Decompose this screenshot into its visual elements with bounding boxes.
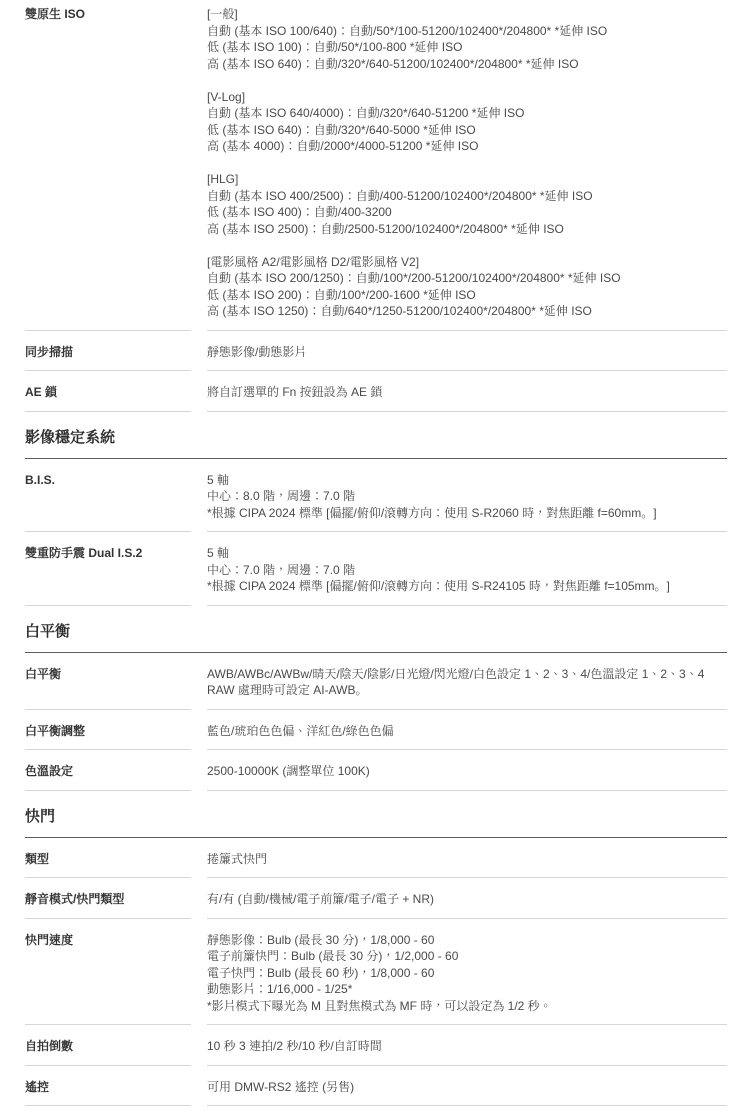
spec-page: 雙原生 ISO [一般] 自動 (基本 ISO 100/640)：自動/50*/… [0,0,750,1112]
row-synchro-scan: 同步掃描 靜態影像/動態影片 [25,331,727,372]
row-shutter-speed: 快門速度 靜態影像：Bulb (最長 30 分)，1/8,000 - 60 電子… [25,919,727,1026]
spec-value: 靜態影像/動態影片 [207,331,727,372]
spec-label: AE 鎖 [25,371,191,412]
row-silent-mode-shutter-type: 靜音模式/快門類型 有/有 (自動/機械/電子前簾/電子/電子 + NR) [25,878,727,919]
row-bis: B.I.S. 5 軸 中心：8.0 階，周邊：7.0 階 *根據 CIPA 20… [25,459,727,533]
spec-label: 雙重防手震 Dual I.S.2 [25,532,191,606]
spec-value: 靜態影像：Bulb (最長 30 分)，1/8,000 - 60 電子前簾快門：… [207,919,727,1026]
spec-section-shutter: 快門 類型 捲簾式快門 靜音模式/快門類型 有/有 (自動/機械/電子前簾/電子… [25,791,727,1107]
spec-label: 同步掃描 [25,331,191,372]
row-shutter-type: 類型 捲簾式快門 [25,838,727,879]
row-color-temperature: 色溫設定 2500-10000K (調整單位 100K) [25,750,727,791]
spec-value: 可用 DMW-RS2 遙控 (另售) [207,1066,727,1107]
row-ae-lock: AE 鎖 將自訂選單的 Fn 按鈕設為 AE 鎖 [25,371,727,412]
spec-value: 有/有 (自動/機械/電子前簾/電子/電子 + NR) [207,878,727,919]
section-heading-white-balance: 白平衡 [25,606,727,653]
spec-label: 白平衡 [25,653,191,710]
spec-value: 將自訂選單的 Fn 按鈕設為 AE 鎖 [207,371,727,412]
row-white-balance-adjust: 白平衡調整 藍色/琥珀色色偏、洋紅色/綠色色偏 [25,710,727,751]
spec-value: 5 軸 中心：7.0 階，周邊：7.0 階 *根據 CIPA 2024 標準 [… [207,532,727,606]
spec-label: 類型 [25,838,191,879]
spec-label: B.I.S. [25,459,191,533]
row-self-timer: 自拍倒數 10 秒 3 連拍/2 秒/10 秒/自訂時間 [25,1025,727,1066]
spec-value: 5 軸 中心：8.0 階，周邊：7.0 階 *根據 CIPA 2024 標準 [… [207,459,727,533]
spec-label: 快門速度 [25,919,191,1026]
row-white-balance: 白平衡 AWB/AWBc/AWBw/晴天/陰天/陰影/日光燈/閃光燈/白色設定 … [25,653,727,710]
spec-value: AWB/AWBc/AWBw/晴天/陰天/陰影/日光燈/閃光燈/白色設定 1、2、… [207,653,727,710]
section-heading-image-stabilization: 影像穩定系統 [25,412,727,459]
spec-label: 雙原生 ISO [25,0,191,331]
row-dual-is2: 雙重防手震 Dual I.S.2 5 軸 中心：7.0 階，周邊：7.0 階 *… [25,532,727,606]
spec-label: 白平衡調整 [25,710,191,751]
section-heading-shutter: 快門 [25,791,727,838]
spec-value: 捲簾式快門 [207,838,727,879]
spec-label: 靜音模式/快門類型 [25,878,191,919]
spec-value: 10 秒 3 連拍/2 秒/10 秒/自訂時間 [207,1025,727,1066]
spec-value: 2500-10000K (調整單位 100K) [207,750,727,791]
spec-section-image-stabilization: 影像穩定系統 B.I.S. 5 軸 中心：8.0 階，周邊：7.0 階 *根據 … [25,412,727,606]
spec-label: 色溫設定 [25,750,191,791]
spec-value: [一般] 自動 (基本 ISO 100/640)：自動/50*/100-5120… [207,0,727,331]
row-dual-native-iso: 雙原生 ISO [一般] 自動 (基本 ISO 100/640)：自動/50*/… [25,0,727,331]
spec-label: 遙控 [25,1066,191,1107]
spec-section-iso-continuation: 雙原生 ISO [一般] 自動 (基本 ISO 100/640)：自動/50*/… [25,0,727,412]
spec-section-white-balance: 白平衡 白平衡 AWB/AWBc/AWBw/晴天/陰天/陰影/日光燈/閃光燈/白… [25,606,727,791]
spec-label: 自拍倒數 [25,1025,191,1066]
row-remote-control: 遙控 可用 DMW-RS2 遙控 (另售) [25,1066,727,1107]
spec-value: 藍色/琥珀色色偏、洋紅色/綠色色偏 [207,710,727,751]
